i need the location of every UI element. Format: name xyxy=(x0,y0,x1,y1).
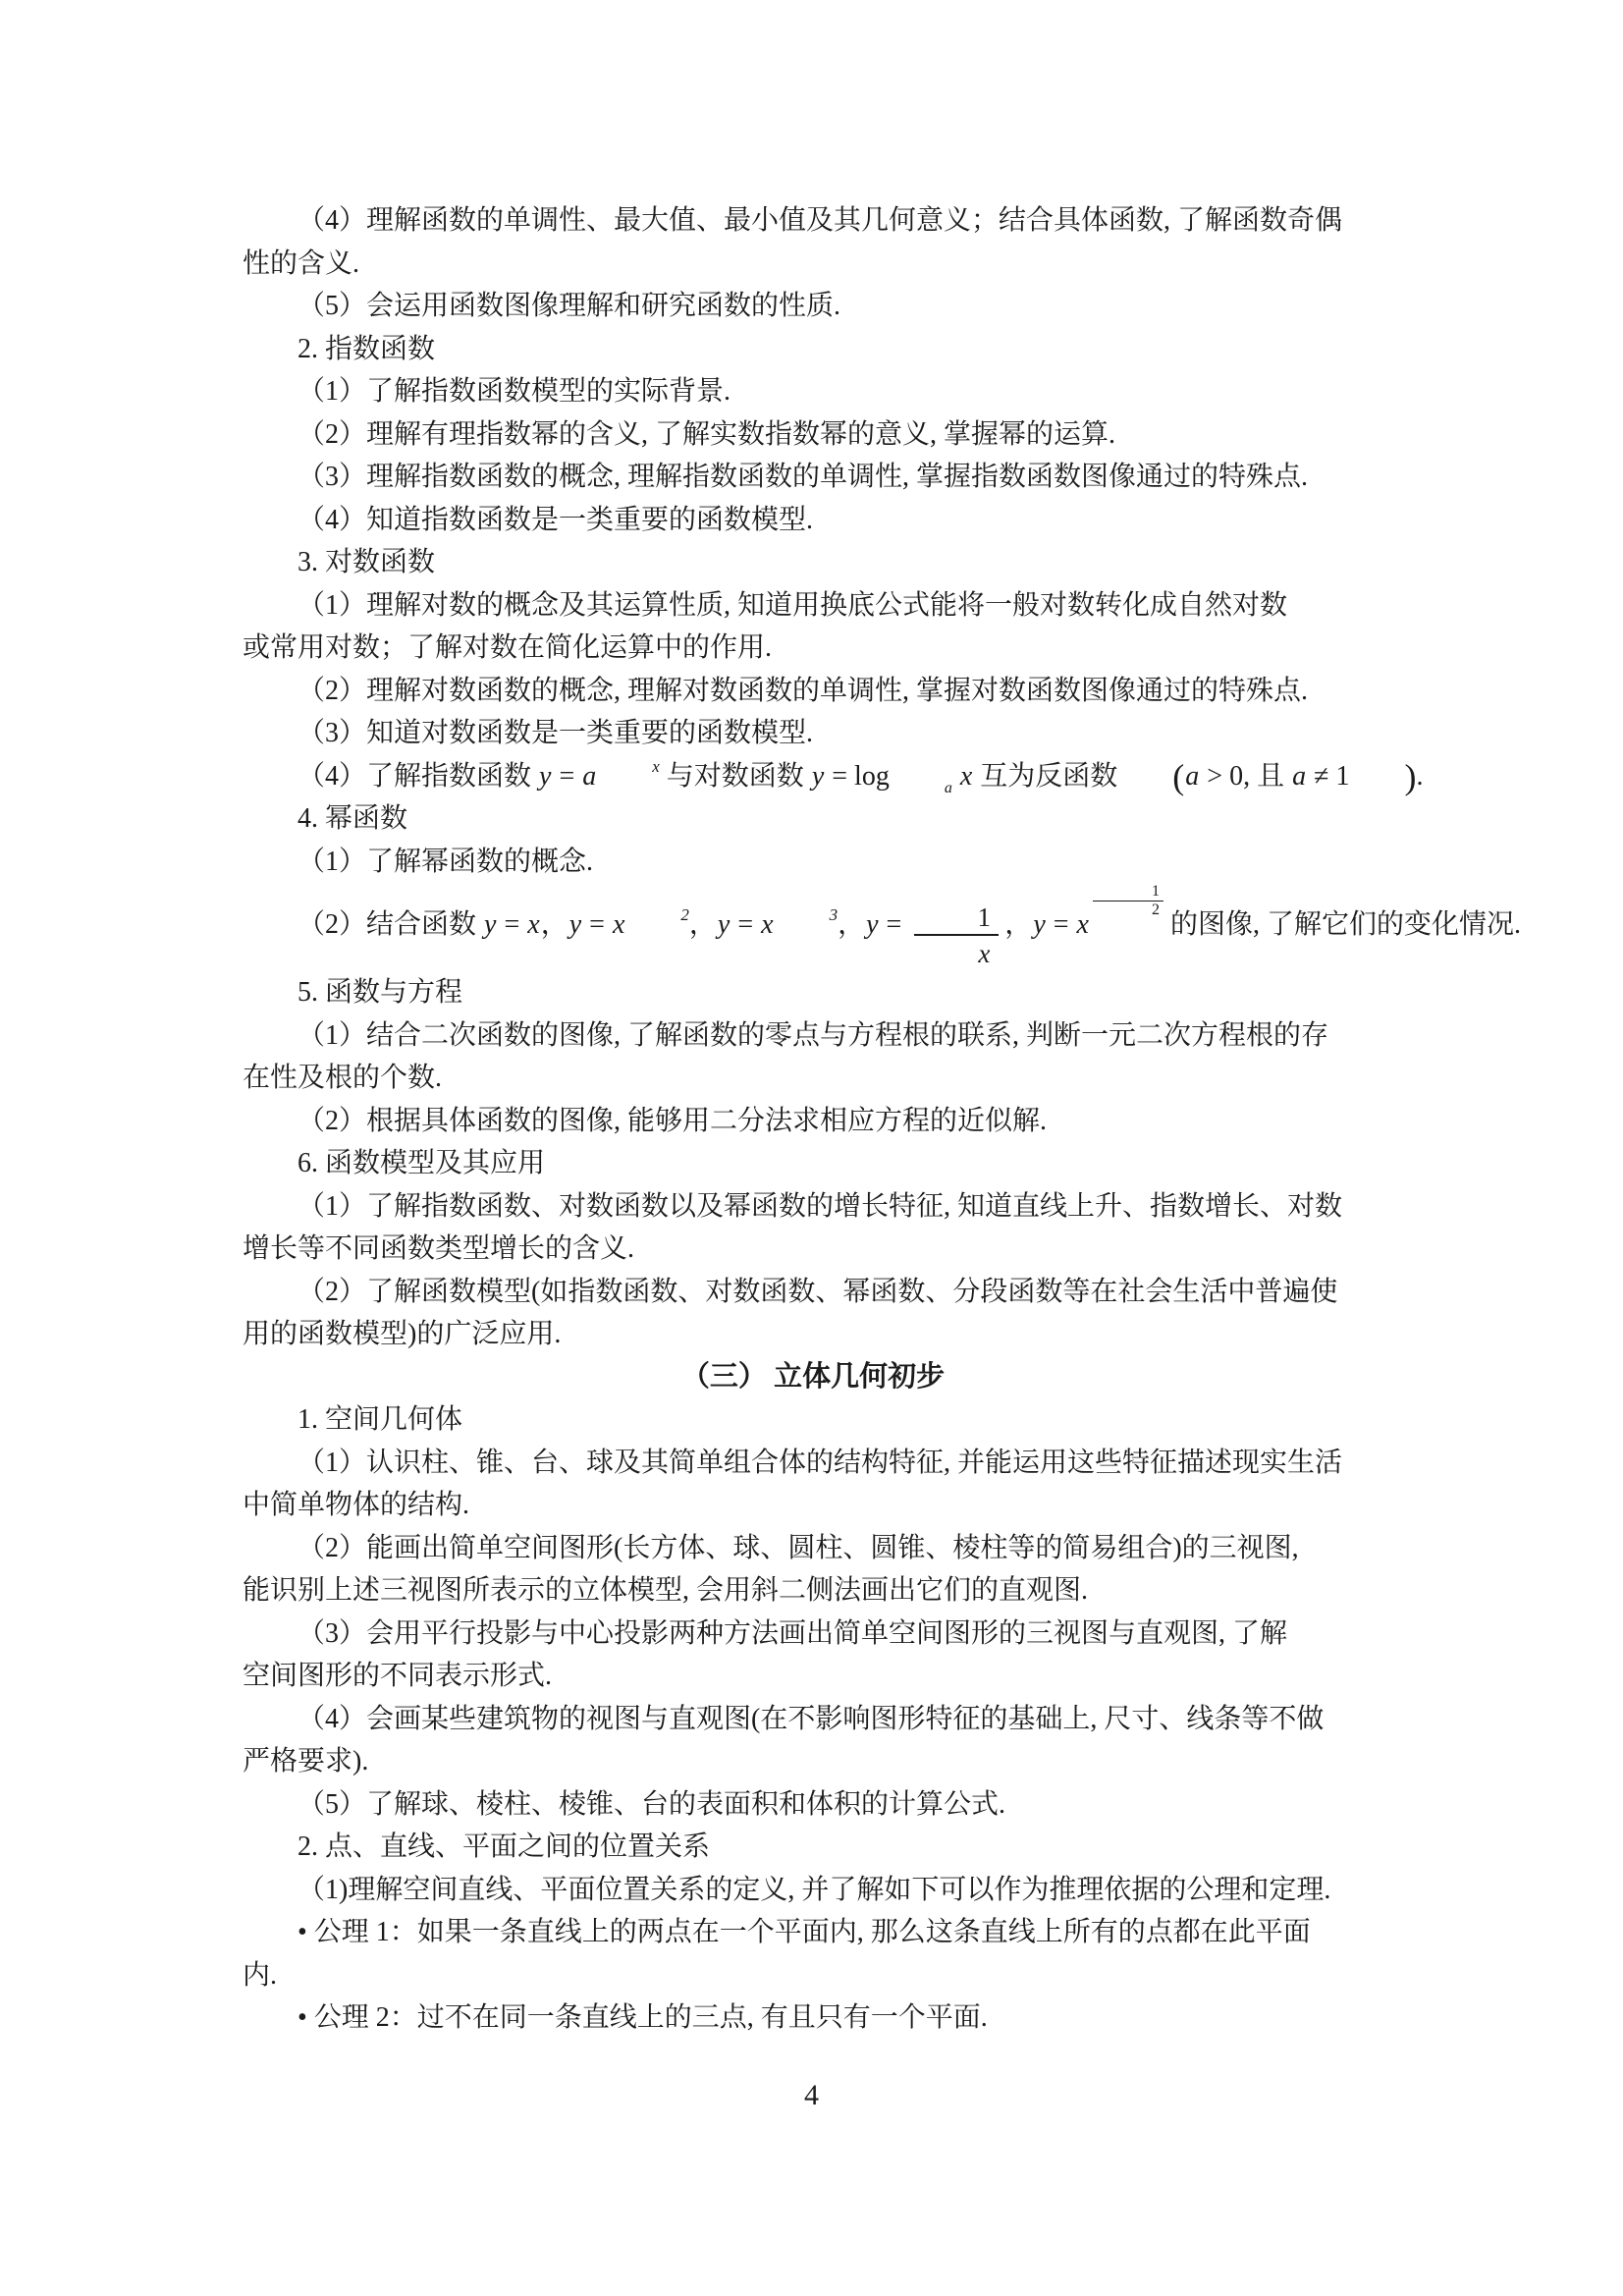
text-line: （3）理解指数函数的概念, 理解指数函数的单调性, 掌握指数函数图像通过的特殊点… xyxy=(243,456,1383,499)
text-line: • 公理 2：过不在同一条直线上的三点, 有且只有一个平面. xyxy=(243,1996,1383,2040)
section-heading: （三） 立体几何初步 xyxy=(243,1356,1383,1399)
text-line: （4）会画某些建筑物的视图与直观图(在不影响图形特征的基础上, 尺寸、线条等不做 xyxy=(243,1698,1383,1741)
text-line: 中简单物体的结构. xyxy=(243,1484,1383,1527)
text-line: 性的含义. xyxy=(243,243,1383,286)
text-line: 内. xyxy=(243,1954,1383,1997)
text-line: （1）了解幂函数的概念. xyxy=(243,841,1383,884)
text-line: 6. 函数模型及其应用 xyxy=(243,1142,1383,1185)
text-line: 能识别上述三视图所表示的立体模型, 会用斜二侧法画出它们的直观图. xyxy=(243,1569,1383,1613)
text-line: 空间图形的不同表示形式. xyxy=(243,1655,1383,1698)
text-line: 或常用对数；了解对数在简化运算中的作用. xyxy=(243,627,1383,670)
text-line: （1）理解对数的概念及其运算性质, 知道用换底公式能将一般对数转化成自然对数 xyxy=(243,584,1383,628)
text-line: （5）会运用函数图像理解和研究函数的性质. xyxy=(243,285,1383,328)
fraction: 1x xyxy=(914,901,999,971)
text-line: （2）结合函数 y = x，y = x2，y = x3，y = 1x，y = x… xyxy=(243,883,1383,971)
text-line: （4）了解指数函数 y = ax 与对数函数 y = loga x 互为反函数(… xyxy=(243,755,1383,798)
text-line: （4）理解函数的单调性、最大值、最小值及其几何意义；结合具体函数, 了解函数奇偶 xyxy=(243,199,1383,243)
text-line: （4）知道指数函数是一类重要的函数模型. xyxy=(243,499,1383,542)
text-line: 3. 对数函数 xyxy=(243,541,1383,584)
text-line: 增长等不同函数类型增长的含义. xyxy=(243,1228,1383,1271)
text-line: 在性及根的个数. xyxy=(243,1057,1383,1100)
text-line: （1)理解空间直线、平面位置关系的定义, 并了解如下可以作为推理依据的公理和定理… xyxy=(243,1869,1383,1912)
text-line: （2）理解对数函数的概念, 理解对数函数的单调性, 掌握对数函数图像通过的特殊点… xyxy=(243,670,1383,713)
text-line: 2. 点、直线、平面之间的位置关系 xyxy=(243,1826,1383,1869)
text-line: （5）了解球、棱柱、棱锥、台的表面积和体积的计算公式. xyxy=(243,1783,1383,1827)
text-line: 1. 空间几何体 xyxy=(243,1398,1383,1442)
text-line: • 公理 1：如果一条直线上的两点在一个平面内, 那么这条直线上所有的点都在此平… xyxy=(243,1911,1383,1954)
text-line: 5. 函数与方程 xyxy=(243,971,1383,1014)
text-line: 严格要求). xyxy=(243,1740,1383,1783)
text-line: 2. 指数函数 xyxy=(243,328,1383,371)
text-line: （2）能画出简单空间图形(长方体、球、圆柱、圆锥、棱柱等的简易组合)的三视图, xyxy=(243,1527,1383,1570)
page-number: 4 xyxy=(0,2074,1623,2116)
text-line: （2）理解有理指数幂的含义, 了解实数指数幂的意义, 掌握幂的运算. xyxy=(243,413,1383,457)
text-line: （3）会用平行投影与中心投影两种方法画出简单空间图形的三视图与直观图, 了解 xyxy=(243,1613,1383,1656)
fraction: 12 xyxy=(1093,883,1163,919)
text-line: （1）了解指数函数模型的实际背景. xyxy=(243,370,1383,413)
text-line: （1）认识柱、锥、台、球及其简单组合体的结构特征, 并能运用这些特征描述现实生活 xyxy=(243,1442,1383,1485)
document-page: （4）理解函数的单调性、最大值、最小值及其几何意义；结合具体函数, 了解函数奇偶… xyxy=(0,0,1623,2296)
text-line: （2）了解函数模型(如指数函数、对数函数、幂函数、分段函数等在社会生活中普遍使 xyxy=(243,1271,1383,1314)
text-line: 4. 幂函数 xyxy=(243,797,1383,841)
text-line: （3）知道对数函数是一类重要的函数模型. xyxy=(243,712,1383,755)
text-line: （1）结合二次函数的图像, 了解函数的零点与方程根的联系, 判断一元二次方程根的… xyxy=(243,1014,1383,1058)
document-content: （4）理解函数的单调性、最大值、最小值及其几何意义；结合具体函数, 了解函数奇偶… xyxy=(243,199,1383,2040)
text-line: （2）根据具体函数的图像, 能够用二分法求相应方程的近似解. xyxy=(243,1100,1383,1143)
text-line: （1）了解指数函数、对数函数以及幂函数的增长特征, 知道直线上升、指数增长、对数 xyxy=(243,1185,1383,1229)
text-line: 用的函数模型)的广泛应用. xyxy=(243,1313,1383,1356)
